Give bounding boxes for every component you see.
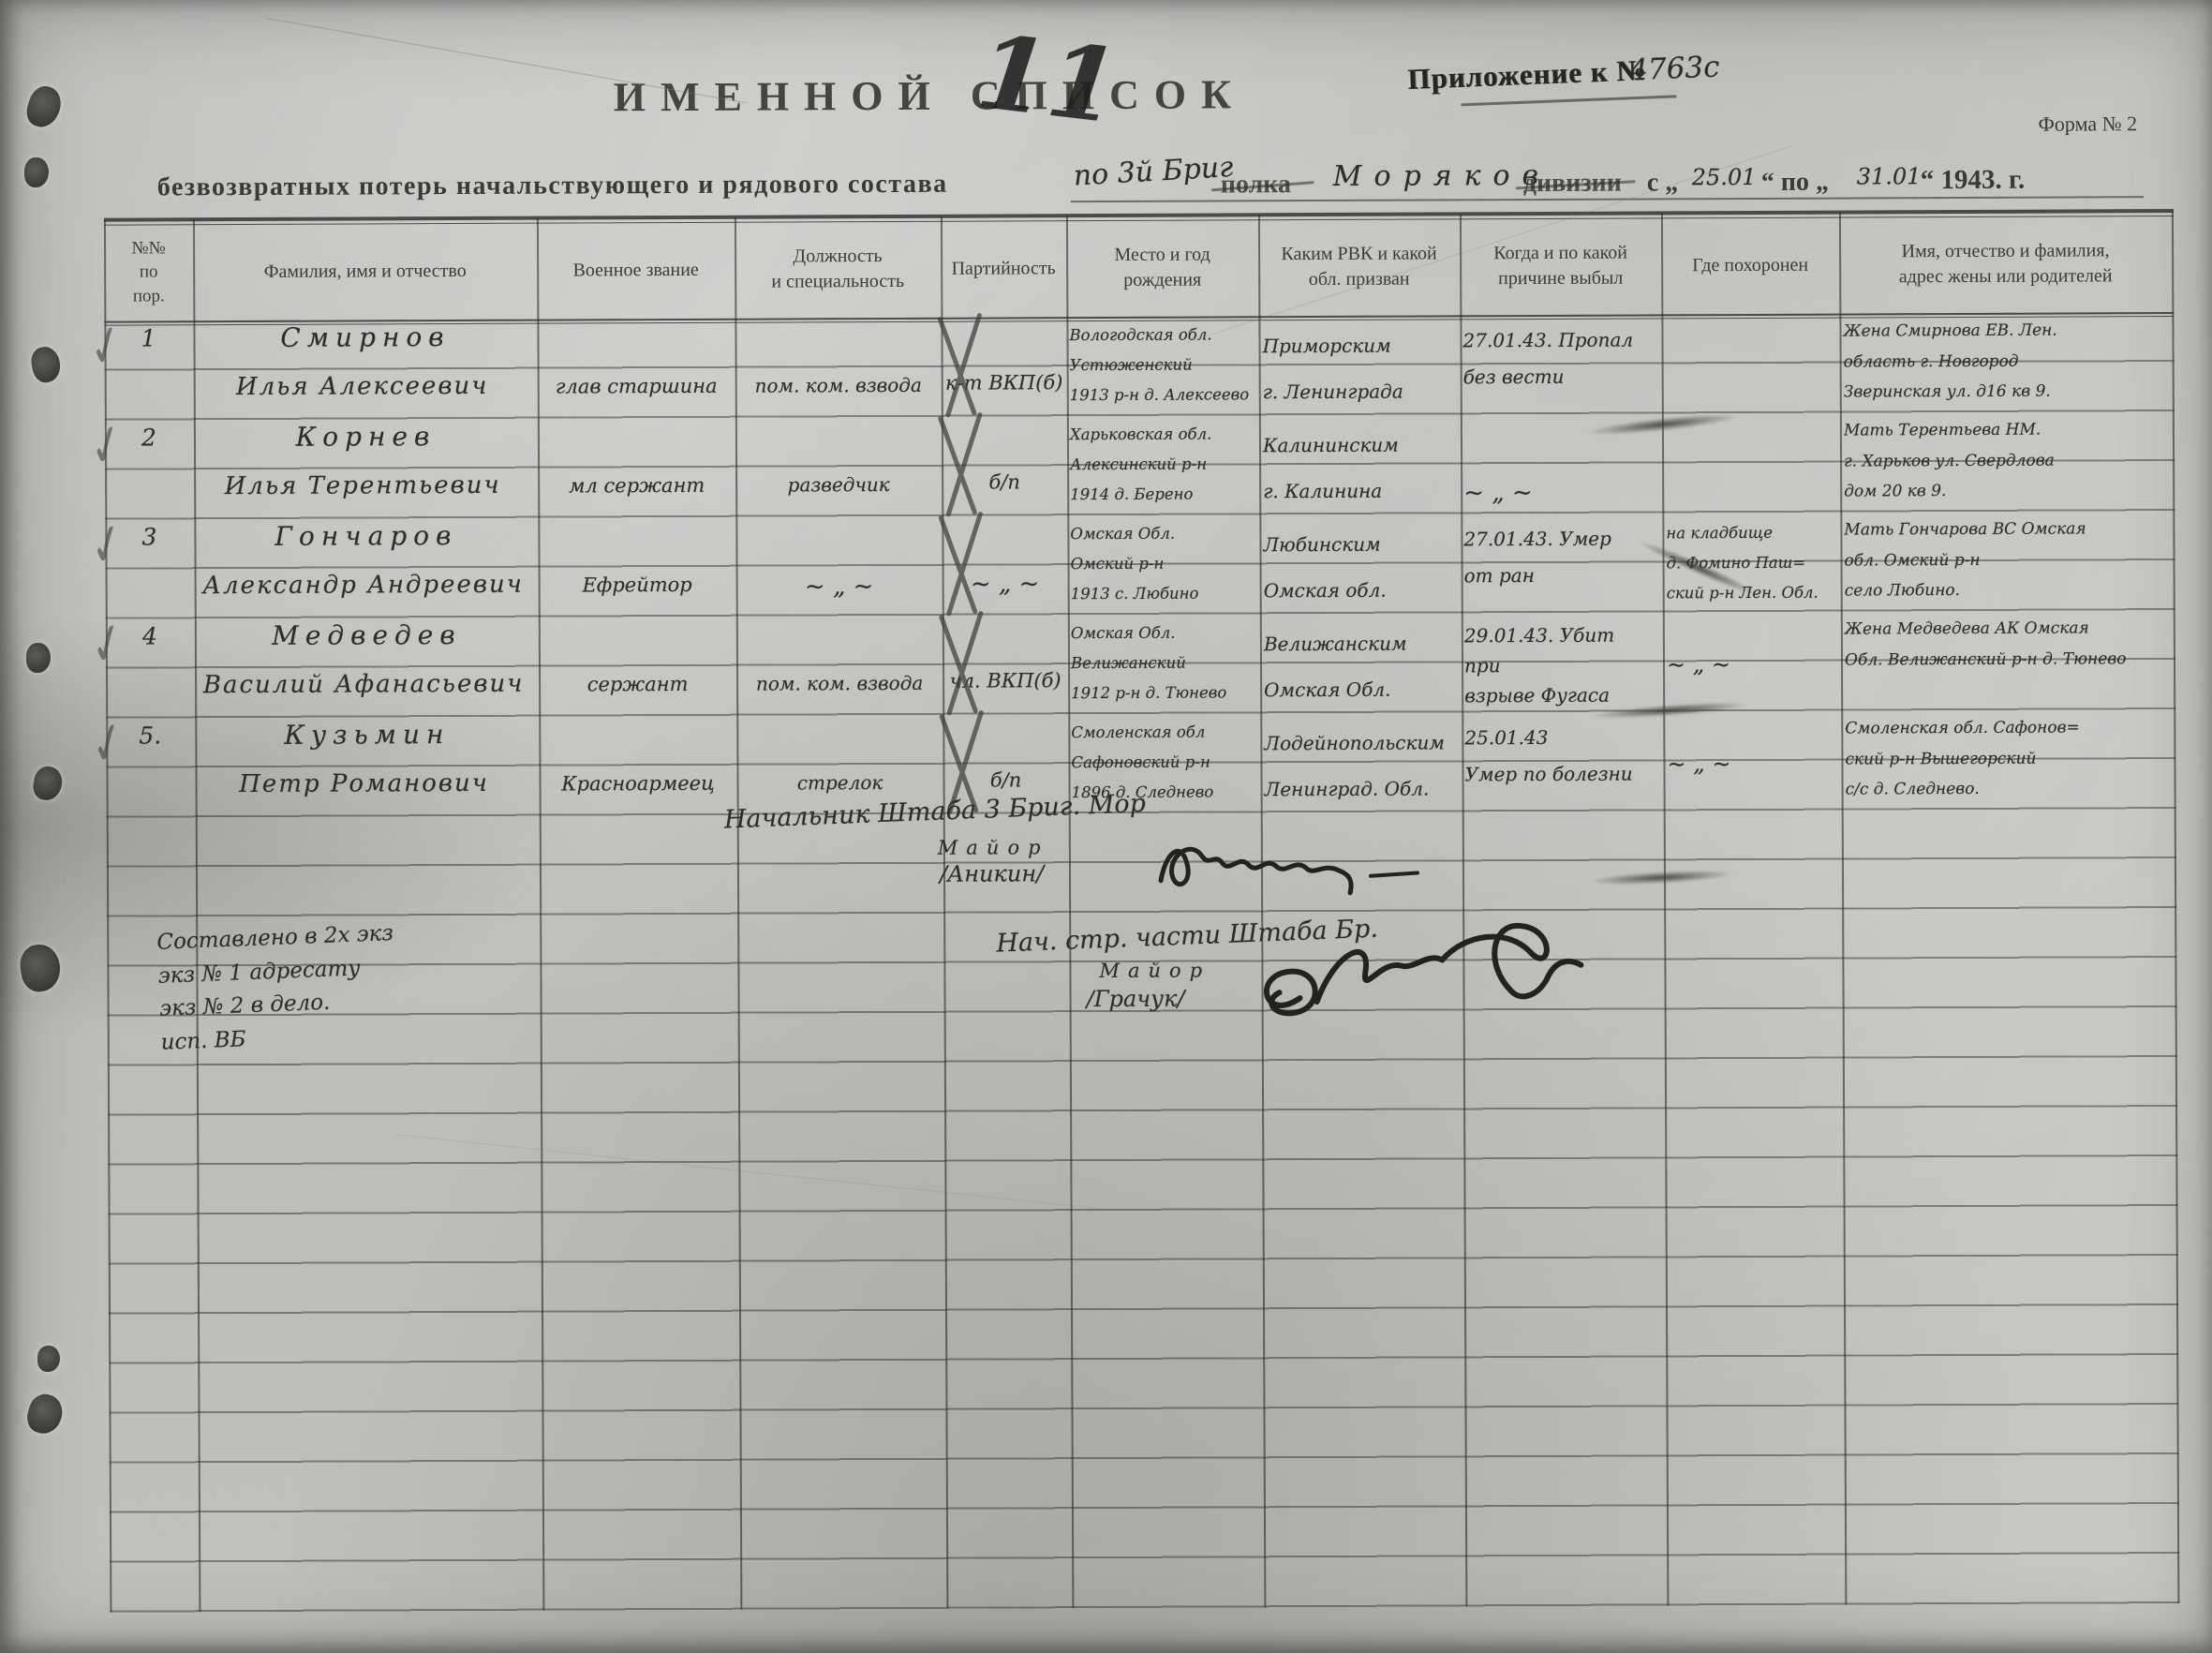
page-title: ИМЕННОЙ СПИСОК xyxy=(597,70,1262,121)
stamp-underline xyxy=(1461,95,1676,106)
pencil-cross-mark xyxy=(927,310,993,421)
col-header-rank: Военное звание xyxy=(537,221,735,320)
cell-birthplace: Омская Обл. Омский р-н 1913 с. Любино xyxy=(1070,518,1259,609)
pencil-cross-mark xyxy=(928,410,994,520)
cell-duty: разведчик xyxy=(735,473,942,497)
row-number: 5. xyxy=(111,722,188,749)
subtitle-suffix: “ 1943. г. xyxy=(1921,165,2026,196)
table-row: ✓ 1 Смирнов Илья Алексеевич глав старшин… xyxy=(104,312,2174,421)
col-header-family: Имя, отчество и фамилия, адрес жены или … xyxy=(1839,215,2172,314)
col-header-num: №№ по пор. xyxy=(104,223,193,320)
cell-rvk: Приморским г. Ленинграда xyxy=(1262,322,1461,415)
pencil-cross-mark xyxy=(928,608,995,719)
cell-name: Илья Терентьевич xyxy=(180,471,545,501)
cell-name: Василий Афанасьевич xyxy=(181,670,546,700)
stamp-annex-label: Приложение к № xyxy=(1407,53,1647,97)
cell-rank: мл сержант xyxy=(538,474,735,498)
signature1-name: /Аникин/ xyxy=(940,860,1044,886)
signature1-rank: Майор xyxy=(938,836,1049,859)
cell-when-lost: 27.01.43. Пропал без вести xyxy=(1462,321,1661,395)
cell-birthplace: Омская Обл. Велижанский 1912 р-н д. Тюне… xyxy=(1071,618,1260,708)
subtitle-date-to: 31.01 xyxy=(1857,163,1922,189)
signature-anikin xyxy=(1153,821,1434,916)
cell-surname: Гончаров xyxy=(194,520,538,553)
col-header-birth: Место и год рождения xyxy=(1066,218,1258,317)
cell-birthplace: Харьковская обл. Алексинский р-н 1914 д.… xyxy=(1070,419,1259,510)
cell-surname: Медведев xyxy=(195,619,539,652)
cell-when-lost: ~ „ ~ xyxy=(1463,421,1662,516)
cell-rank: глав старшина xyxy=(538,375,735,398)
table-row: ✓ 2 Корнев Илья Терентьевич мл сержант р… xyxy=(105,411,2175,520)
cell-when-lost: 29.01.43. Убит при взрыве Фугаса xyxy=(1464,619,1663,710)
cell-rvk: Любинским Омская обл. xyxy=(1263,521,1462,614)
compilation-note: Составлено в 2х экз экз № 1 адресату экз… xyxy=(156,917,398,1060)
cell-duty: пом. ком. взвода xyxy=(736,672,943,695)
row-number: 2 xyxy=(111,424,187,451)
signature2-rank: Майор xyxy=(1099,960,1210,983)
cell-family-address: Смоленская обл. Сафонов= ский р-н Вышего… xyxy=(1845,712,2173,805)
col-header-where: Где похоронен xyxy=(1661,216,1839,315)
cell-duty: пом. ком. взвода xyxy=(735,374,942,397)
cell-rvk: Велижанским Омская Обл. xyxy=(1264,620,1462,713)
row-number: 4 xyxy=(111,622,188,649)
cell-family-address: Жена Смирнова ЕВ. Лен. область г. Новгор… xyxy=(1843,315,2171,408)
cell-surname: Корнев xyxy=(194,421,538,454)
cell-duty: стрелок xyxy=(737,771,943,795)
table-row: ✓ 3 Гончаров Александр Андреевич Ефрейто… xyxy=(105,511,2175,619)
cell-surname: Кузьмин xyxy=(195,719,539,752)
form-number: Форма № 2 xyxy=(2038,112,2137,136)
cell-name: Илья Алексеевич xyxy=(180,372,545,402)
cell-rvk: Калининским г. Калинина xyxy=(1263,422,1462,514)
cell-burial: ~ „ ~ xyxy=(1667,618,1843,681)
document-content: ИМЕННОЙ СПИСОК 11 Приложение к № 4763с Ф… xyxy=(0,0,2212,1653)
stamp-annex-number: 4763с xyxy=(1629,50,1721,87)
cell-birthplace: Вологодская обл. Устюженский 1913 р-н д.… xyxy=(1069,320,1258,410)
cell-when-lost: 25.01.43 Умер по болезни xyxy=(1464,719,1663,793)
cell-rank: Красноармеец xyxy=(540,772,737,796)
cell-family-address: Мать Терентьева НМ. г. Харьков ул. Сверд… xyxy=(1844,414,2172,507)
subtitle-printed: безвозвратных потерь начальствующего и р… xyxy=(157,170,948,203)
handwritten-page-number: 11 xyxy=(971,13,1124,147)
cell-family-address: Жена Медведева АК Омская Обл. Велижански… xyxy=(1845,613,2173,676)
cell-rank: Ефрейтор xyxy=(539,573,736,597)
row-number: 1 xyxy=(110,324,186,351)
col-header-rvk: Каким РВК и какой обл. призван xyxy=(1258,217,1460,316)
signature2-name: /Грачук/ xyxy=(1087,986,1185,1012)
cell-rank: сержант xyxy=(539,673,736,696)
table-row: ✓ 4 Медведев Василий Афанасьевич сержант… xyxy=(106,610,2175,719)
cell-burial xyxy=(1665,320,1841,320)
cell-surname: Смирнов xyxy=(193,321,537,354)
cell-rvk: Лодейнопольским Ленинград. Обл. xyxy=(1264,720,1462,812)
cell-family-address: Мать Гончарова ВС Омская обл. Омский р-н… xyxy=(1844,514,2172,606)
cell-when-lost: 27.01.43. Умер от ран xyxy=(1463,520,1662,594)
pencil-cross-mark xyxy=(928,509,994,619)
col-header-duty: Должность и специальность xyxy=(735,220,941,319)
row-number: 3 xyxy=(111,523,187,550)
col-header-when: Когда и по какой причине выбыл xyxy=(1460,216,1661,315)
signature-grachuk xyxy=(1238,905,1595,1066)
cell-name: Александр Андреевич xyxy=(181,571,546,601)
subtitle-unit-handwritten-1: по 3й Бриг xyxy=(1073,151,1234,193)
col-header-name: Фамилия, имя и отчество xyxy=(193,222,537,321)
col-header-party: Партийность xyxy=(941,219,1066,318)
cell-name: Петр Романович xyxy=(181,769,546,799)
scanned-document: ИМЕННОЙ СПИСОК 11 Приложение к № 4763с Ф… xyxy=(0,0,2212,1653)
cell-duty: ~ „ ~ xyxy=(736,573,943,602)
cell-burial: ~ „ ~ xyxy=(1667,717,1843,781)
subtitle-middle: “ по „ xyxy=(1761,168,1829,198)
